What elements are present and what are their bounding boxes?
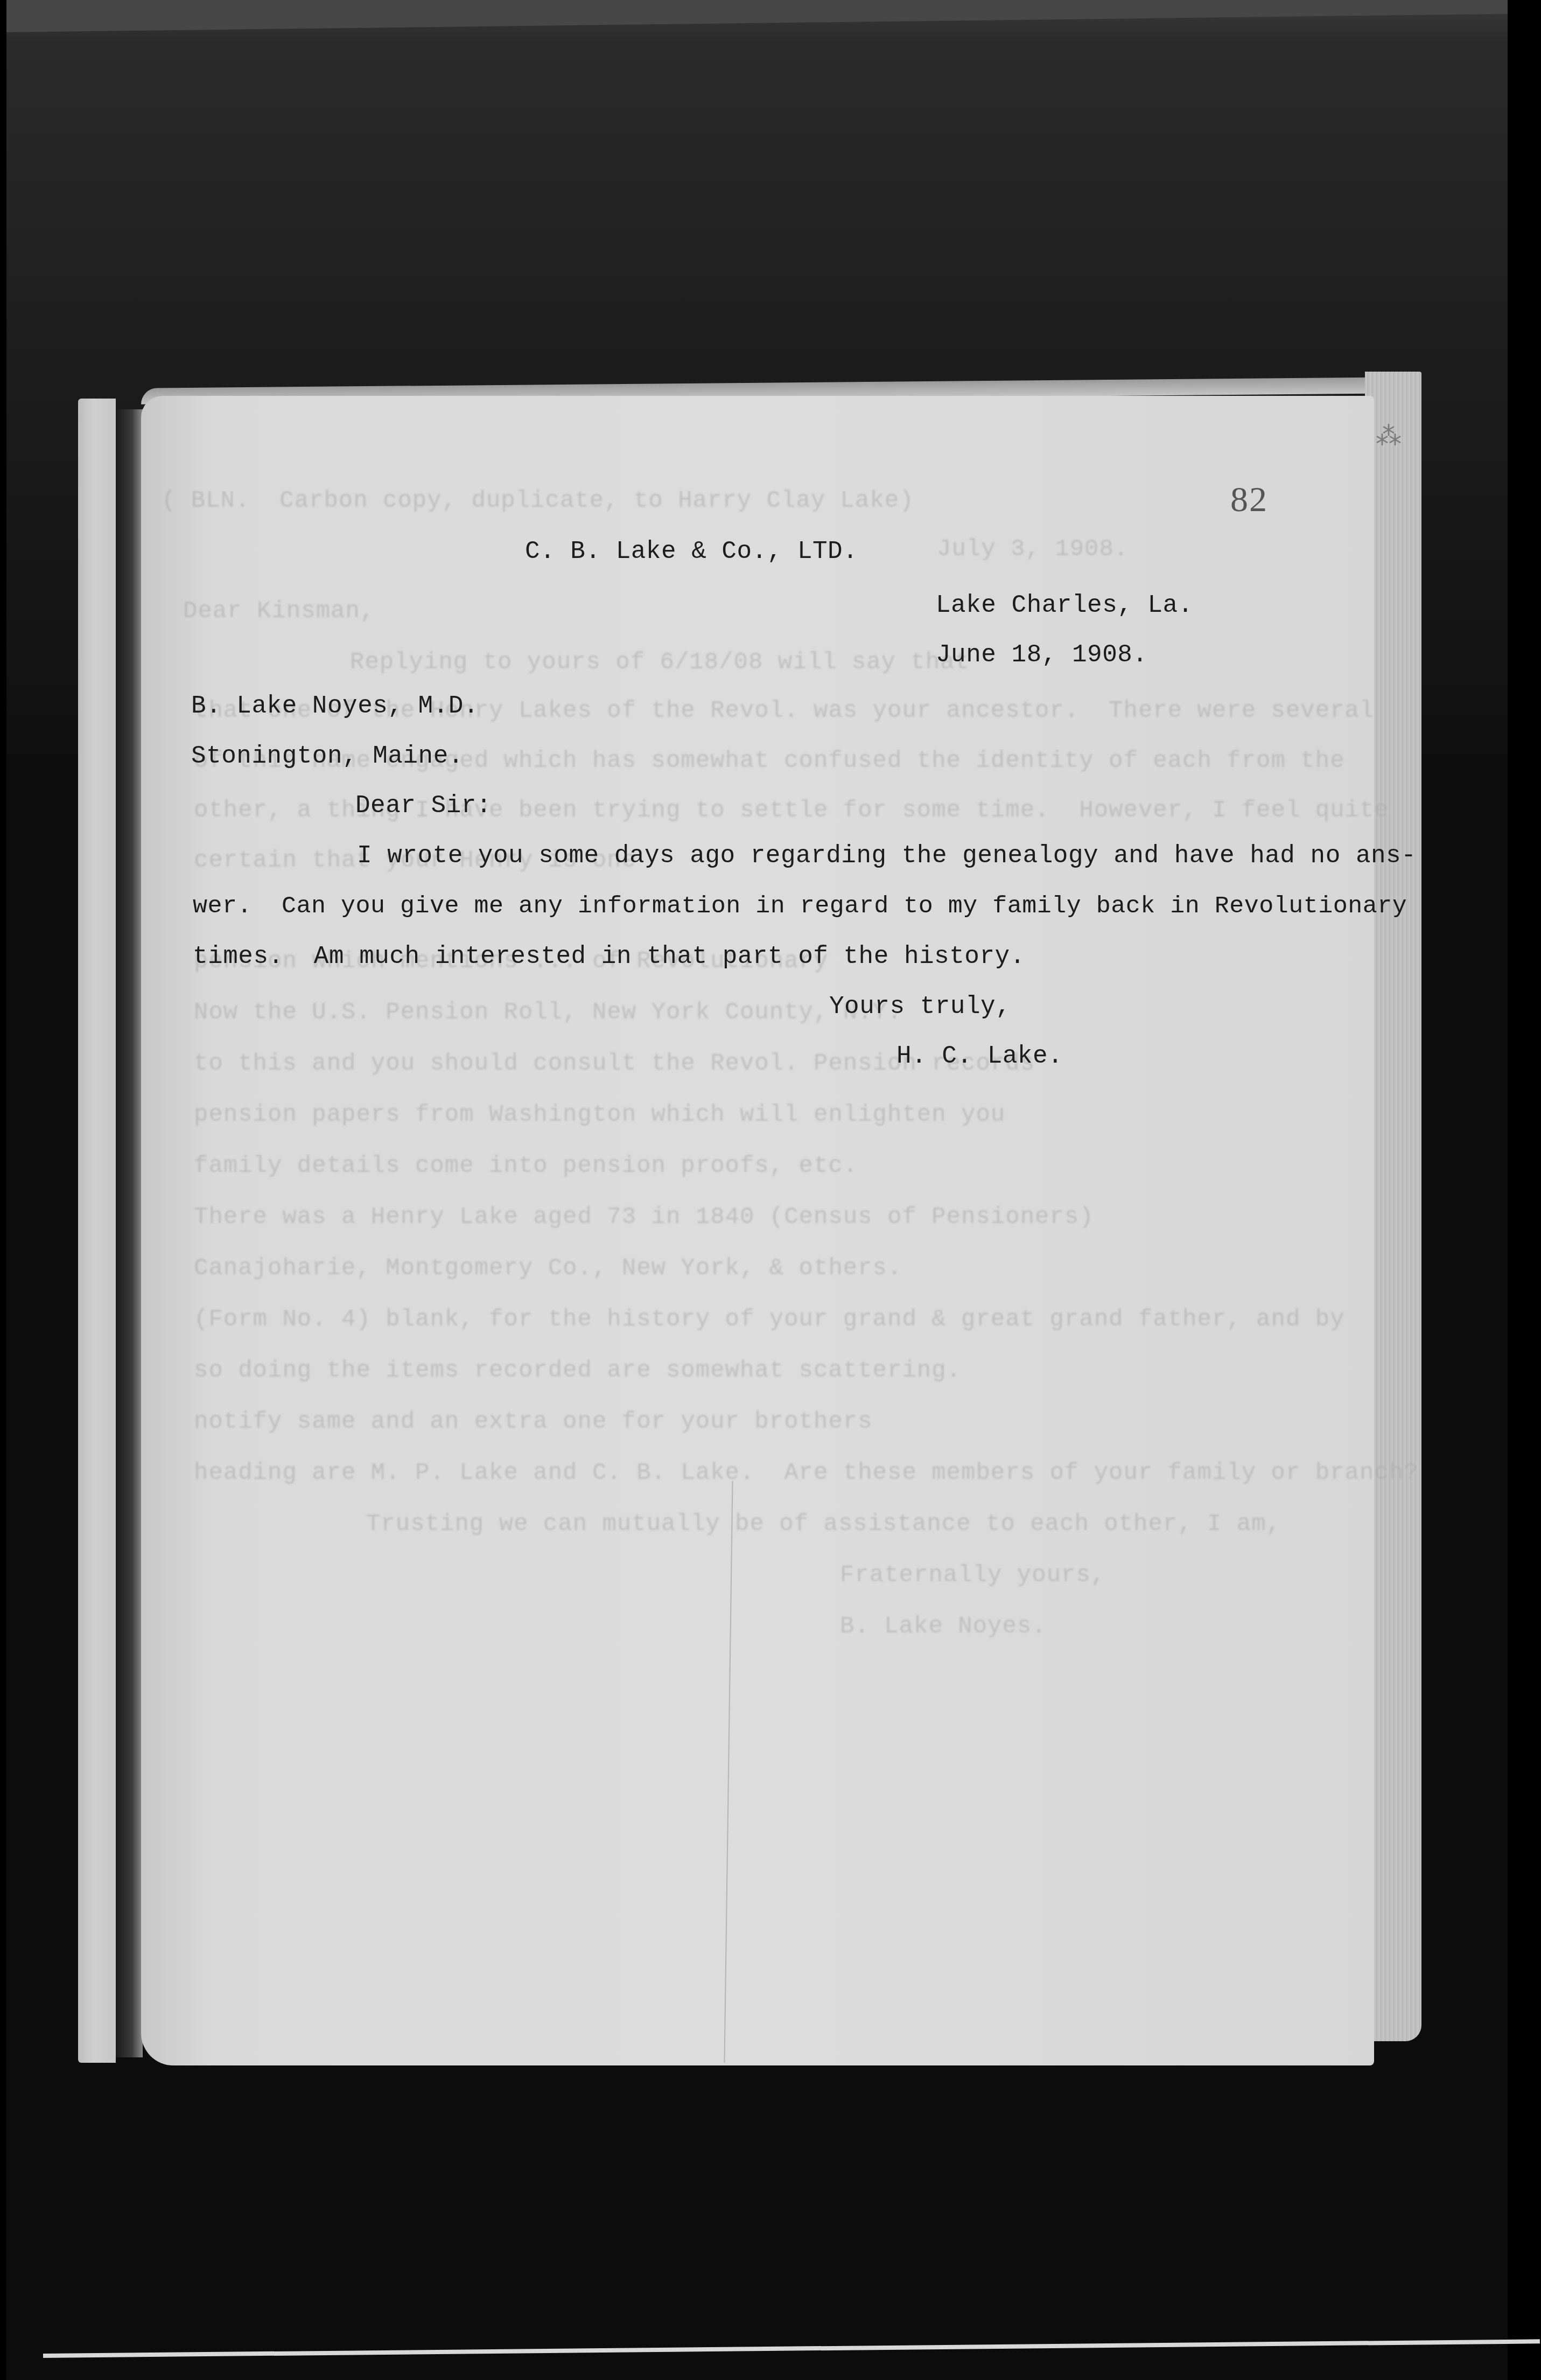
- ghost-line: notify same and an extra one for your br…: [194, 1408, 873, 1435]
- facing-page-edge: [78, 399, 116, 2063]
- body-line: wer. Can you give me any information in …: [193, 892, 1407, 920]
- film-bottom-edge-line: [43, 2339, 1540, 2358]
- ghost-line: family details come into pension proofs,…: [194, 1153, 858, 1179]
- body-line: I wrote you some days ago regarding the …: [357, 842, 1416, 870]
- film-right-border: [1508, 0, 1541, 2380]
- ghost-line: Now the U.S. Pension Roll, New York Coun…: [194, 999, 902, 1026]
- edge-ink-mark: ⁂: [1376, 425, 1386, 458]
- ghost-line: Canajoharie, Montgomery Co., New York, &…: [194, 1255, 902, 1282]
- book-gutter-shadow: [116, 409, 143, 2057]
- letter-date: June 18, 1908.: [936, 641, 1147, 669]
- ghost-line: ( BLN. Carbon copy, duplicate, to Harry …: [162, 487, 914, 514]
- ghost-line: so doing the items recorded are somewhat…: [194, 1357, 961, 1384]
- recipient-address: Stonington, Maine.: [191, 742, 464, 770]
- ghost-line: (Form No. 4) blank, for the history of y…: [194, 1306, 1345, 1333]
- signature: H. C. Lake.: [896, 1042, 1063, 1070]
- page-number: 82: [1230, 479, 1268, 520]
- ghost-line: Fraternally yours,: [840, 1562, 1105, 1589]
- closing: Yours truly,: [829, 993, 1011, 1021]
- ghost-line: Dear Kinsman,: [183, 598, 375, 625]
- ghost-line: Replying to yours of 6/18/08 will say th…: [350, 649, 970, 676]
- recipient-name: B. Lake Noyes, M.D.: [191, 692, 479, 720]
- ghost-line: There was a Henry Lake aged 73 in 1840 (…: [194, 1204, 1094, 1231]
- letter-place: Lake Charles, La.: [936, 591, 1193, 619]
- body-line: times. Am much interested in that part o…: [193, 943, 1025, 971]
- letter-page: [141, 396, 1374, 2065]
- ghost-line: pension papers from Washington which wil…: [194, 1101, 1005, 1128]
- ghost-line: Trusting we can mutually be of assistanc…: [366, 1511, 1281, 1538]
- film-left-border: [0, 0, 6, 2380]
- ghost-line: heading are M. P. Lake and C. B. Lake. A…: [194, 1460, 1419, 1486]
- ghost-line: B. Lake Noyes.: [840, 1613, 1047, 1640]
- letterhead: C. B. Lake & Co., LTD.: [525, 538, 858, 566]
- ghost-line: July 3, 1908.: [937, 536, 1129, 563]
- salutation: Dear Sir:: [355, 792, 492, 820]
